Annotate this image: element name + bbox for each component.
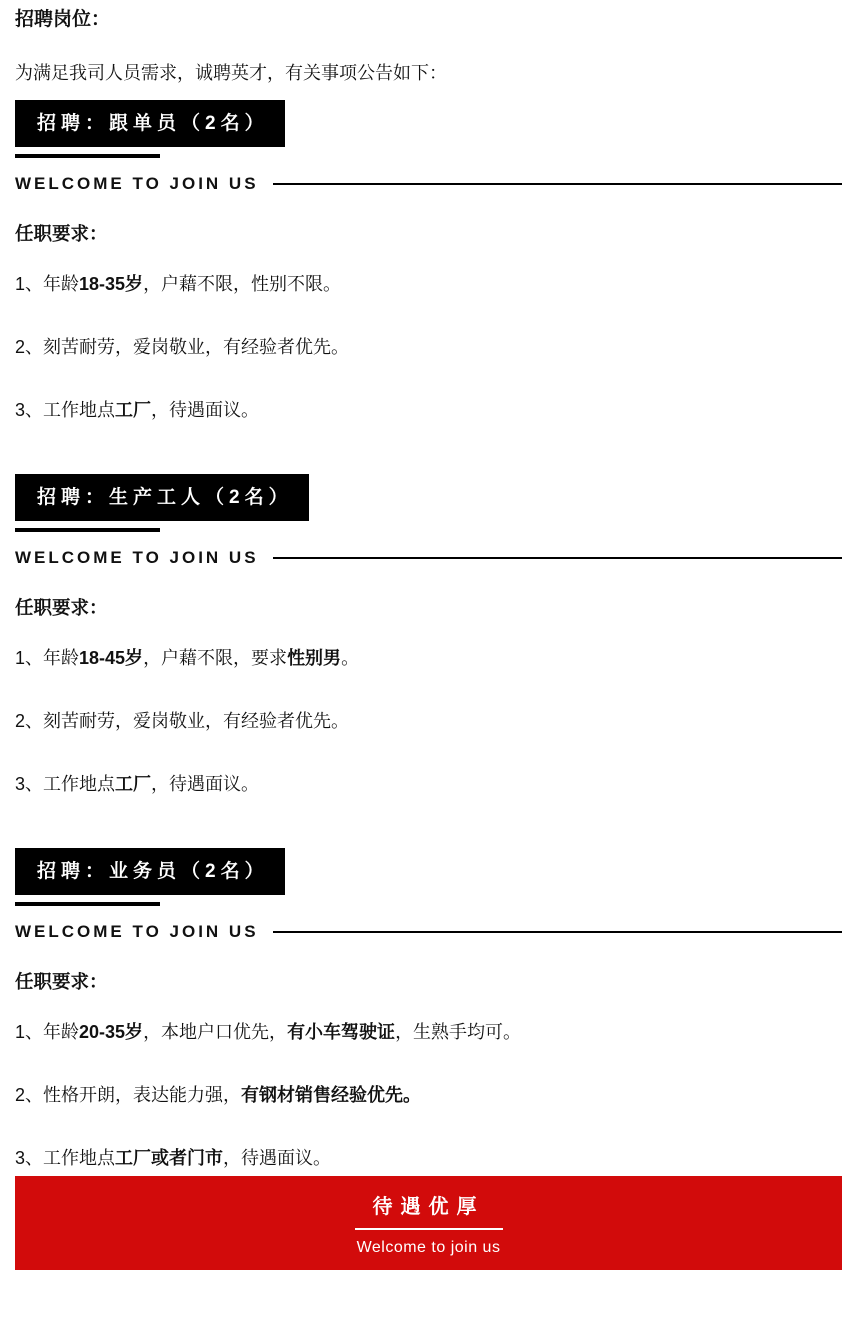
footer-subtitle: Welcome to join us xyxy=(357,1239,501,1257)
requirement-text-bold: 18-45岁 xyxy=(79,648,143,668)
banner-underline-bar xyxy=(15,528,160,532)
requirement-text-bold: 20-35岁 xyxy=(79,1022,143,1042)
requirement-text-bold: 性别男 xyxy=(287,648,341,668)
requirement-item: 2、刻苦耐劳，爱岗敬业，有经验者优先。 xyxy=(15,335,842,359)
job-section: 招聘：跟单员（2名） WELCOME TO JOIN US 任职要求： 1、年龄… xyxy=(15,100,842,422)
page-title: 招聘岗位： xyxy=(15,8,842,32)
welcome-label: WELCOME TO JOIN US xyxy=(15,922,259,942)
requirement-item: 3、工作地点工厂或者门市，待遇面议。 xyxy=(15,1146,842,1170)
welcome-label: WELCOME TO JOIN US xyxy=(15,174,259,194)
intro-paragraph: 为满足我司人员需求，诚聘英才，有关事项公告如下： xyxy=(15,61,842,85)
requirements-label: 任职要求： xyxy=(15,222,842,246)
requirement-item: 1、年龄18-45岁，户藉不限，要求性别男。 xyxy=(15,646,842,670)
welcome-line-divider xyxy=(273,557,842,559)
requirement-text-bold: 有钢材销售经验优先。 xyxy=(241,1085,421,1105)
requirement-text-bold: 有小车驾驶证 xyxy=(287,1022,395,1042)
requirement-text: 1、年龄 xyxy=(15,1022,79,1042)
requirement-text: ，户藉不限，要求 xyxy=(143,648,287,668)
requirement-item: 2、刻苦耐劳，爱岗敬业，有经验者优先。 xyxy=(15,709,842,733)
requirement-text: ，待遇面议。 xyxy=(151,774,259,794)
job-section: 招聘：业务员（2名） WELCOME TO JOIN US 任职要求： 1、年龄… xyxy=(15,848,842,1170)
footer-title: 待遇优厚 xyxy=(373,1190,485,1219)
job-banner-wrap: 招聘：跟单员（2名） xyxy=(15,100,842,147)
requirement-list: 1、年龄20-35岁，本地户口优先，有小车驾驶证，生熟手均可。2、性格开朗，表达… xyxy=(15,1020,842,1170)
requirement-text: 。 xyxy=(341,648,359,668)
requirement-text-bold: 工厂 xyxy=(115,400,151,420)
requirement-item: 3、工作地点工厂，待遇面议。 xyxy=(15,398,842,422)
welcome-line-divider xyxy=(273,183,842,185)
requirement-item: 2、性格开朗，表达能力强，有钢材销售经验优先。 xyxy=(15,1083,842,1107)
requirement-text: ，本地户口优先， xyxy=(143,1022,287,1042)
sections: 招聘：跟单员（2名） WELCOME TO JOIN US 任职要求： 1、年龄… xyxy=(15,100,842,1170)
job-banner: 招聘：生产工人（2名） xyxy=(15,474,309,521)
requirement-text: ，生熟手均可。 xyxy=(395,1022,521,1042)
requirement-text: 2、刻苦耐劳，爱岗敬业，有经验者优先。 xyxy=(15,337,349,357)
requirement-item: 1、年龄18-35岁，户藉不限，性别不限。 xyxy=(15,272,842,296)
welcome-line-divider xyxy=(273,931,842,933)
welcome-row: WELCOME TO JOIN US xyxy=(15,922,842,942)
requirement-list: 1、年龄18-45岁，户藉不限，要求性别男。2、刻苦耐劳，爱岗敬业，有经验者优先… xyxy=(15,646,842,796)
welcome-label: WELCOME TO JOIN US xyxy=(15,548,259,568)
requirement-text: 3、工作地点 xyxy=(15,1148,115,1168)
recruitment-article: 招聘岗位： 为满足我司人员需求，诚聘英才，有关事项公告如下： 招聘：跟单员（2名… xyxy=(0,0,856,1270)
welcome-row: WELCOME TO JOIN US xyxy=(15,548,842,568)
requirement-text: ，待遇面议。 xyxy=(223,1148,331,1168)
requirement-text: ，待遇面议。 xyxy=(151,400,259,420)
requirements-label: 任职要求： xyxy=(15,970,842,994)
job-banner-wrap: 招聘：生产工人（2名） xyxy=(15,474,842,521)
requirement-text: 1、年龄 xyxy=(15,648,79,668)
requirement-text: 1、年龄 xyxy=(15,274,79,294)
requirement-text: 3、工作地点 xyxy=(15,400,115,420)
requirement-item: 3、工作地点工厂，待遇面议。 xyxy=(15,772,842,796)
requirement-text: 2、性格开朗，表达能力强， xyxy=(15,1085,241,1105)
requirement-text-bold: 工厂或者门市 xyxy=(115,1148,223,1168)
requirements-label: 任职要求： xyxy=(15,596,842,620)
job-banner: 招聘：跟单员（2名） xyxy=(15,100,285,147)
job-section: 招聘：生产工人（2名） WELCOME TO JOIN US 任职要求： 1、年… xyxy=(15,474,842,796)
requirement-text: 2、刻苦耐劳，爱岗敬业，有经验者优先。 xyxy=(15,711,349,731)
requirement-list: 1、年龄18-35岁，户藉不限，性别不限。2、刻苦耐劳，爱岗敬业，有经验者优先。… xyxy=(15,272,842,422)
requirement-item: 1、年龄20-35岁，本地户口优先，有小车驾驶证，生熟手均可。 xyxy=(15,1020,842,1044)
requirement-text-bold: 18-35岁 xyxy=(79,274,143,294)
banner-underline-bar xyxy=(15,902,160,906)
requirement-text: ，户藉不限，性别不限。 xyxy=(143,274,341,294)
job-banner-wrap: 招聘：业务员（2名） xyxy=(15,848,842,895)
footer-underline-divider xyxy=(355,1228,503,1230)
footer-banner: 待遇优厚 Welcome to join us xyxy=(15,1176,842,1270)
requirement-text-bold: 工厂 xyxy=(115,774,151,794)
job-banner: 招聘：业务员（2名） xyxy=(15,848,285,895)
requirement-text: 3、工作地点 xyxy=(15,774,115,794)
banner-underline-bar xyxy=(15,154,160,158)
welcome-row: WELCOME TO JOIN US xyxy=(15,174,842,194)
